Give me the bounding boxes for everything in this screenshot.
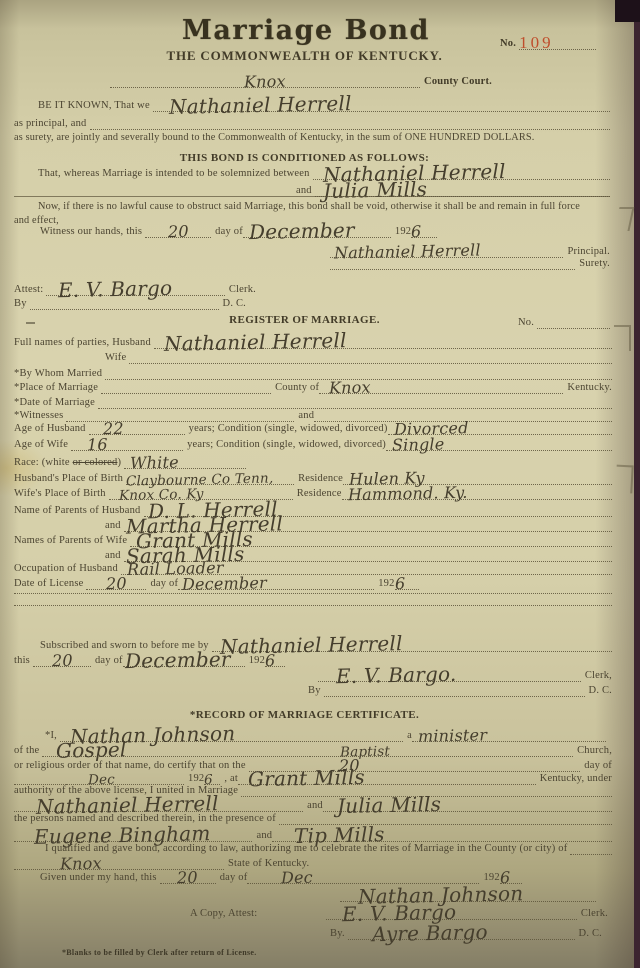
husband-residence-line: Hulen Ky [343,469,612,485]
age-wife-line: 16 [71,435,183,451]
age-husband-line: 22 [89,419,185,435]
denomination-line: Baptist [310,741,573,757]
register-heading: REGISTER OF MARRIAGE. [229,314,383,327]
sworn-by-row: By D. C. [308,681,612,697]
wife-birth-row: Wife's Place of Birth Knox Co. Ky Reside… [14,484,612,500]
copy-attest-row: A Copy, Attest: E. V. Bargo Clerk. [190,904,608,920]
husband-birth-row: Husband's Place of Birth Claybourne Co T… [14,469,612,485]
condition-label: years; Condition (single, widowed, divor… [183,439,386,451]
month-line: December [243,222,391,238]
rule-line [14,604,612,606]
marriage-bond-document: Marriage Bond No. 109 THE COMMONWEALTH O… [0,0,640,968]
deputy-line: Ayre Bargo [348,924,575,940]
wife-label: Wife [105,352,129,364]
by-label: By [14,298,30,310]
wife-condition-handwritten: Single [392,436,445,453]
commonwealth-heading: THE COMMONWEALTH OF KENTUCKY. [166,49,445,64]
surety-signature-row: Surety. [330,254,610,270]
age-husband-row: Age of Husband 22 years; Condition (sing… [14,419,612,435]
year-prefix: 192 [391,226,411,238]
dc-label: D. C. [219,298,246,310]
copy-attest-label: A Copy, Attest: [190,908,260,920]
sworn-date-row: this 20 day of December 192 6 [14,651,310,667]
clerk-label: Clerk. [577,908,608,920]
solemnized-label: That, whereas Marriage is intended to be… [38,168,313,180]
deputy-row: By. Ayre Bargo D. C. [330,924,602,940]
occupation-line: Rail Loader [121,559,612,575]
as-principal-row: as principal, and [14,114,610,130]
solemnized-row: That, whereas Marriage is intended to be… [38,164,610,180]
year-prefix: 192 [245,655,265,667]
county-line: Knox [319,378,563,394]
wife-parents-row: Names of Parents of Wife Grant Mills [14,531,612,547]
husband-parents-row: Name of Parents of Husband D. L. Herrell [14,501,612,517]
day-of-label: day of [216,872,248,884]
this-label: this [14,655,33,667]
principal-name-line: Nathaniel Herrell [153,96,610,112]
county-court-row: Knox County Court. [110,72,492,88]
gospel-line: Gospel [42,741,310,757]
full-names-row: Full names of parties, Husband Nathaniel… [14,333,612,349]
officiant-signature-row: Nathan Johnson [340,886,596,902]
certificate-heading: *RECORD OF MARRIAGE CERTIFICATE. [190,709,422,722]
by-label: By [308,685,324,697]
race-line: White [124,453,246,469]
margin-pencil-mark [615,465,633,494]
year-handwritten: 6 [411,224,422,240]
day-line: 20 [145,222,211,238]
qualified-row: I qualified and gave bond, according to … [45,839,612,855]
county-court-label: County Court. [420,76,492,88]
officiant-row: *I, Nathan Johnson a minister [45,726,606,742]
county-court-line: Knox [110,72,420,88]
condition-label: years; Condition (single, widowed, divor… [185,423,388,435]
occupation-row: Occupation of Husband Rail Loader [14,559,612,575]
age-wife-handwritten: 16 [87,437,108,453]
sworn-month-handwritten: December [125,649,231,671]
page-title: Marriage Bond [182,15,430,46]
by-row: By D. C. [14,294,246,310]
race-struck-text: or colored [73,457,118,468]
by-line [30,294,219,310]
sworn-day-line: 20 [33,651,91,667]
margin-pencil-mark [614,325,631,351]
dc-label: D. C. [585,685,612,697]
year-line: 6 [411,222,437,238]
day-of-label: day of [91,655,123,667]
wife-residence-line: Hammond. Ky. [342,484,612,500]
place-line [101,378,271,394]
deputy-signature: Ayre Bargo [372,922,488,944]
county-handwritten: Knox [244,74,286,91]
register-no-row: No. [518,313,610,329]
conditioned-heading-row: THIS BOND IS CONDITIONED AS FOLLOWS: [0,149,612,165]
rule-line [14,592,612,594]
month-handwritten: December [249,220,355,242]
given-month-handwritten: Dec [281,870,313,887]
commonwealth-heading-row: THE COMMONWEALTH OF KENTUCKY. [0,48,612,64]
given-day-handwritten: 20 [177,870,198,886]
copy-clerk-line: E. V. Bargo [326,904,576,920]
age-wife-row: Age of Wife 16 years; Condition (single,… [14,435,612,451]
license-year-line: 6 [395,574,419,590]
sworn-clerk-line: E. V. Bargo. [318,666,581,682]
surety-label: Surety. [575,258,610,270]
wife-birth-label: Wife's Place of Birth [14,488,109,500]
void-clause-line1: Now, if there is no lawful cause to obst… [38,201,618,212]
witness-date-row: Witness our hands, this 20 day of Decemb… [40,222,460,238]
scan-corner-block [615,0,640,22]
scan-edge-strip [634,0,640,968]
husband-birth-line: Claybourne Co Tenn, [126,469,294,485]
husband-condition-line: Divorced [388,419,612,435]
witness-label: Witness our hands, this [40,226,145,238]
sworn-year-line: 6 [265,651,285,667]
sworn-day-handwritten: 20 [51,653,72,669]
license-day-line: 20 [86,574,146,590]
wife-name-line [129,348,612,364]
qualified-line [570,839,612,855]
license-day-handwritten: 20 [106,576,127,592]
age-husband-label: Age of Husband [14,423,89,435]
officiant-signature-line: Nathan Johnson [340,886,596,902]
race-label: Race: (white or colored) [14,457,124,469]
church-row: of the Gospel Baptist Church, [14,741,612,757]
surety-name-line [90,114,610,130]
given-month-line: Dec [247,868,479,884]
sworn-clerk-row: E. V. Bargo. Clerk, [318,666,612,682]
surety-signature-line [330,254,575,270]
license-date-row: Date of License 20 day of December 192 6 [14,574,454,590]
spacer [260,904,326,920]
license-month-line: December [178,574,374,590]
license-month-handwritten: December [182,575,267,593]
officiant-title-line: minister [412,726,606,742]
sworn-month-line: December [123,651,245,667]
as-principal-label: as principal, and [14,118,90,130]
day-of-label: day of [211,226,243,238]
license-year-handwritten: 6 [394,576,405,592]
wife-row: Wife [105,348,612,364]
place-of-marriage-row: *Place of Marriage County of Knox Kentuc… [14,378,612,394]
register-no-label: No. [518,317,537,329]
year-prefix: 192 [374,578,394,590]
given-day-line: 20 [160,868,216,884]
surety-clause: as surety, are jointly and severally bou… [14,132,610,143]
day-handwritten: 20 [168,224,189,240]
residence-label: Residence [293,488,342,500]
race-row: Race: (white or colored) White [14,453,246,469]
be-it-known-label: BE IT KNOWN, That we [38,100,153,112]
given-label: Given under my hand, this [40,872,160,884]
subscribed-name-line: Nathaniel Herrell [212,636,612,652]
dc-label: D. C. [575,928,602,940]
sworn-year-handwritten: 6 [265,653,276,669]
wife-condition-line: Single [386,435,612,451]
footnote: *Blanks to be filled by Clerk after retu… [62,948,257,957]
by-label: By. [330,928,348,940]
bride-name-handwritten: Julia Mills [323,179,428,201]
age-wife-label: Age of Wife [14,439,71,451]
rule-line [14,195,610,197]
sworn-by-line [324,681,585,697]
be-it-known-row: BE IT KNOWN, That we Nathaniel Herrell [38,96,610,112]
license-label: Date of License [14,578,86,590]
husband-name-line: Nathaniel Herrell [154,333,612,349]
register-no-line [537,313,610,329]
day-of-label: day of [146,578,178,590]
certificate-heading-row: *RECORD OF MARRIAGE CERTIFICATE. [0,706,612,722]
